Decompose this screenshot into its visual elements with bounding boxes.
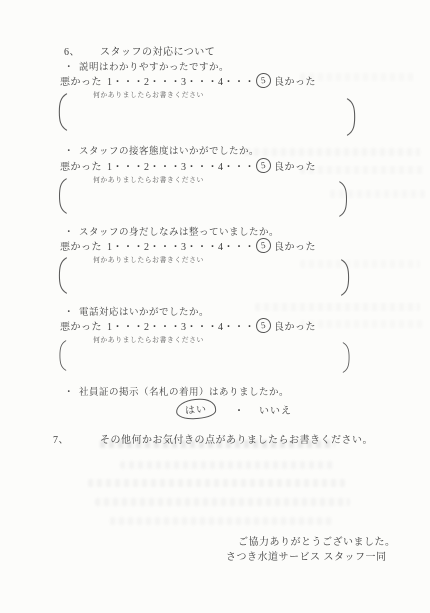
scale-steps: 1・・・2・・・3・・・4・・・ bbox=[107, 158, 255, 173]
comment-prompt: 何かありましたらお書きください bbox=[93, 254, 204, 264]
question-phone: ・ 電話対応はいかがでしたか。 bbox=[64, 304, 209, 318]
bracket-right bbox=[339, 259, 352, 296]
bullet: ・ bbox=[64, 224, 79, 238]
rating-scale-attitude: 悪かった 1・・・2・・・3・・・4・・・ 5 良かった bbox=[60, 158, 316, 173]
signature-line: さつき水道サービス スタッフ一同 bbox=[226, 548, 387, 563]
rating-scale-explanation: 悪かった 1・・・2・・・3・・・4・・・ 5 良かった bbox=[60, 73, 316, 88]
bleed-through-mark bbox=[110, 517, 335, 525]
bracket-left bbox=[56, 340, 69, 371]
bleed-through-mark bbox=[88, 479, 345, 487]
selected-rating-circle: 5 bbox=[255, 72, 272, 89]
question-attitude: ・ スタッフの接客態度はいかがでしたか。 bbox=[64, 143, 259, 157]
comment-prompt: 何かありましたらお書きください bbox=[93, 89, 204, 99]
question-text: 電話対応はいかがでしたか。 bbox=[79, 304, 209, 318]
bleed-through-mark bbox=[300, 260, 420, 268]
scale-high-label: 良かった bbox=[274, 73, 316, 88]
bullet: ・ bbox=[64, 384, 79, 398]
bullet: ・ bbox=[64, 143, 79, 157]
question-text: 社員証の掲示（名札の着用）はありましたか。 bbox=[79, 384, 289, 398]
scale-low-label: 悪かった bbox=[60, 158, 102, 173]
question-grooming: ・ スタッフの身だしなみは整っていましたか。 bbox=[64, 224, 279, 238]
section6-number: 6、 bbox=[64, 43, 100, 58]
scale-steps: 1・・・2・・・3・・・4・・・ bbox=[107, 73, 255, 88]
bracket-right bbox=[337, 181, 350, 217]
bleed-through-mark bbox=[300, 73, 415, 81]
bleed-through-mark bbox=[245, 148, 420, 156]
question-explanation: ・ 説明はわかりやすかったですか。 bbox=[64, 59, 229, 73]
scale-low-label: 悪かった bbox=[60, 238, 102, 253]
selected-rating-circle: 5 bbox=[255, 157, 272, 174]
selected-rating-circle: 5 bbox=[255, 237, 272, 254]
thanks-line: ご協力ありがとうございました。 bbox=[238, 533, 396, 548]
scale-steps: 1・・・2・・・3・・・4・・・ bbox=[107, 318, 255, 333]
rating-scale-phone: 悪かった 1・・・2・・・3・・・4・・・ 5 良かった bbox=[60, 318, 316, 333]
scale-low-label: 悪かった bbox=[60, 318, 102, 333]
section7-heading: 7、 その他何かお気付きの点がありましたらお書きください。 bbox=[53, 431, 373, 446]
bullet: ・ bbox=[64, 304, 79, 318]
section7-number: 7、 bbox=[53, 431, 100, 446]
question-text: スタッフの接客態度はいかがでしたか。 bbox=[79, 143, 259, 157]
answer-separator: ・ bbox=[234, 402, 245, 417]
bracket-left bbox=[56, 93, 69, 131]
bracket-left bbox=[56, 257, 69, 294]
scale-high-label: 良かった bbox=[274, 158, 316, 173]
comment-prompt: 何かありましたらお書きください bbox=[93, 174, 204, 184]
selected-rating-circle: 5 bbox=[255, 317, 272, 334]
scale-low-label: 悪かった bbox=[60, 73, 102, 88]
section6-heading: 6、 スタッフの対応について bbox=[64, 43, 215, 58]
rating-scale-grooming: 悪かった 1・・・2・・・3・・・4・・・ 5 良かった bbox=[60, 238, 316, 253]
scale-steps: 1・・・2・・・3・・・4・・・ bbox=[107, 238, 255, 253]
bleed-through-mark bbox=[95, 498, 350, 506]
question-id-badge: ・ 社員証の掲示（名札の着用）はありましたか。 bbox=[64, 384, 289, 398]
bleed-through-mark bbox=[255, 303, 420, 311]
bleed-through-mark bbox=[120, 461, 335, 469]
bracket-right bbox=[345, 98, 358, 136]
question-text: スタッフの身だしなみは整っていましたか。 bbox=[79, 224, 279, 238]
scanned-survey-page: 6、 スタッフの対応について ・ 説明はわかりやすかったですか。 悪かった 1・… bbox=[0, 0, 430, 613]
bullet: ・ bbox=[64, 59, 79, 73]
bleed-through-mark bbox=[300, 320, 425, 328]
bracket-left bbox=[56, 178, 69, 214]
section7-text: その他何かお気付きの点がありましたらお書きください。 bbox=[100, 431, 373, 446]
comment-prompt: 何かありましたらお書きください bbox=[93, 334, 204, 344]
section6-title: スタッフの対応について bbox=[100, 43, 215, 58]
selected-answer-circle: はい bbox=[175, 398, 216, 421]
scale-high-label: 良かった bbox=[274, 318, 316, 333]
yes-no-answer: はい ・ いいえ bbox=[176, 399, 292, 419]
bracket-right bbox=[340, 342, 353, 373]
bleed-through-mark bbox=[300, 166, 425, 174]
question-text: 説明はわかりやすかったですか。 bbox=[79, 59, 229, 73]
other-answer: いいえ bbox=[259, 402, 292, 417]
scale-high-label: 良かった bbox=[274, 238, 316, 253]
